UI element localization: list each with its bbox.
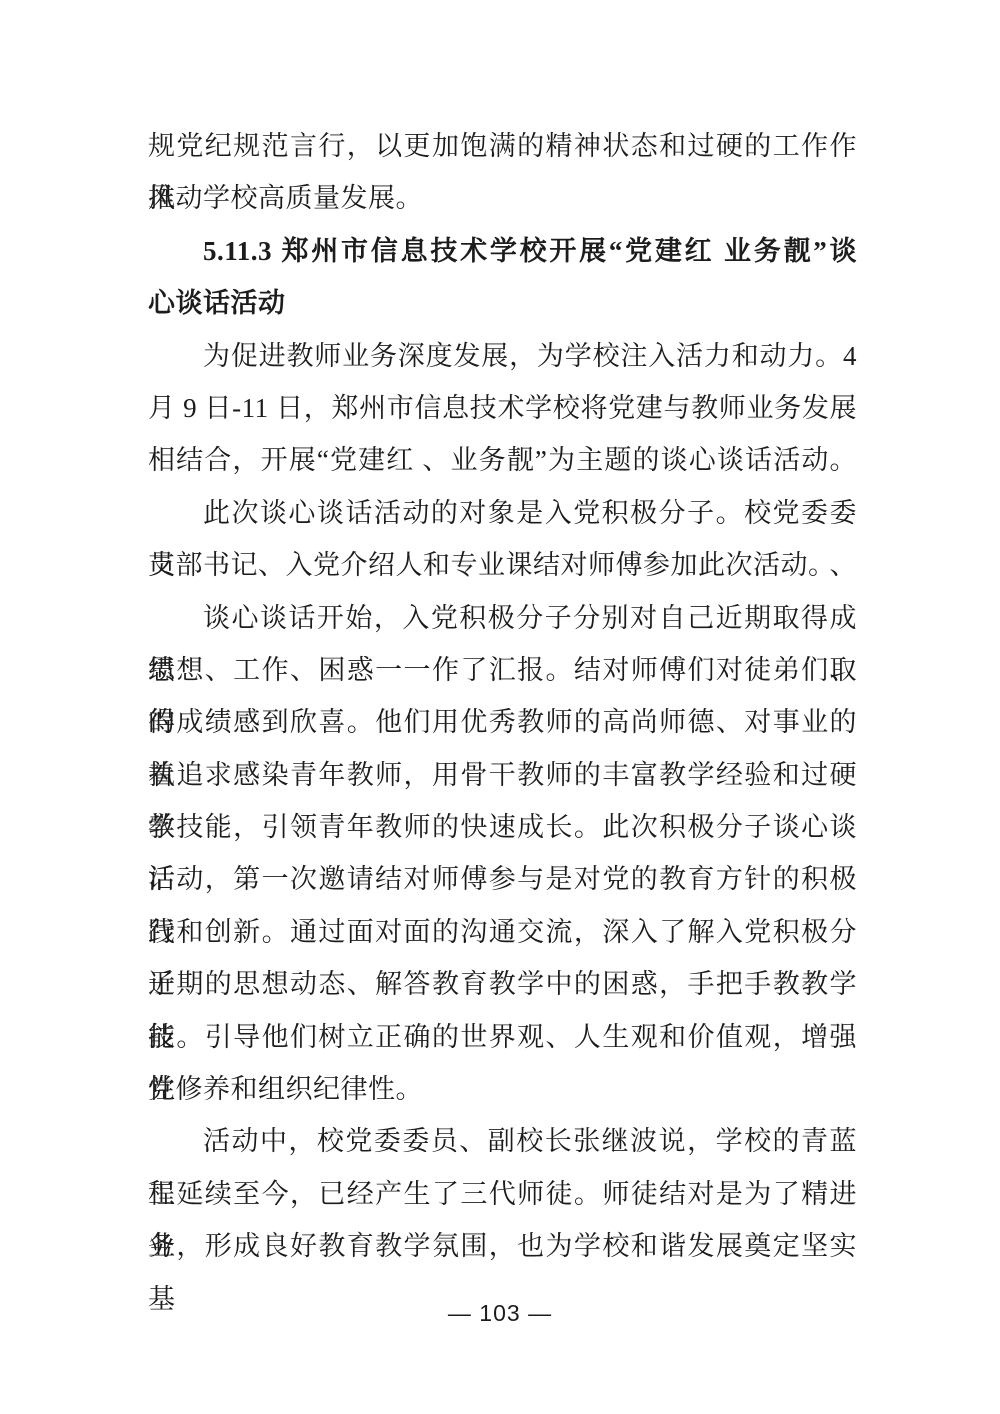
body-line: 能。引导他们树立正确的世界观、人生观和价值观，增强党 [148,1011,857,1063]
body-line: 月 9 日-11 日，郑州市信息技术学校将党建与教师业务发展 [148,382,857,434]
body-line: 相结合，开展“党建红 、业务靓”为主题的谈心谈话活动。 [148,434,857,486]
section-heading: 5.11.3 郑州市信息技术学校开展“党建红 业务靓”谈 [148,225,857,277]
body-line: 支部书记、入党介绍人和专业课结对师傅参加此次活动。 [148,539,857,591]
body-line: 活动，第一次邀请结对师傅参与是对党的教育方针的积极践 [148,853,857,905]
body-line: 务，形成良好教育教学氛围，也为学校和谐发展奠定坚实基 [148,1220,857,1272]
body-line: 近期的思想动态、解答教育教学中的困惑，手把手教教学技 [148,958,857,1010]
body-line: 学技能，引领青年教师的快速成长。此次积极分子谈心谈话 [148,801,857,853]
text-block: 规党纪规范言行，以更加饱满的精神状态和过硬的工作作风 推动学校高质量发展。 5.… [148,120,857,1273]
body-line: 为促进教师业务深度发展，为学校注入活力和动力。4 [148,330,857,382]
body-line: 着追求感染青年教师，用骨干教师的丰富教学经验和过硬教 [148,749,857,801]
body-line: 性修养和组织纪律性。 [148,1063,857,1115]
body-line: 谈心谈话开始，入党积极分子分别对自己近期取得成绩、 [148,592,857,644]
page-number: — 103 — [0,1300,1000,1327]
body-line: 规党纪规范言行，以更加饱满的精神状态和过硬的工作作风 [148,120,857,172]
document-page: 规党纪规范言行，以更加饱满的精神状态和过硬的工作作风 推动学校高质量发展。 5.… [0,0,1000,1414]
section-heading-continued: 心谈话活动 [148,277,857,329]
body-line: 程延续至今，已经产生了三代师徒。师徒结对是为了精进业 [148,1168,857,1220]
body-line: 思想、工作、困惑一一作了汇报。结对师傅们对徒弟们取得 [148,644,857,696]
body-line: 此次谈心谈话活动的对象是入党积极分子。校党委委员、 [148,487,857,539]
body-line: 推动学校高质量发展。 [148,172,857,224]
body-line: 活动中，校党委委员、副校长张继波说，学校的青蓝工 [148,1115,857,1167]
body-line: 行和创新。通过面对面的沟通交流，深入了解入党积极分子 [148,906,857,958]
body-line: 的成绩感到欣喜。他们用优秀教师的高尚师德、对事业的执 [148,696,857,748]
